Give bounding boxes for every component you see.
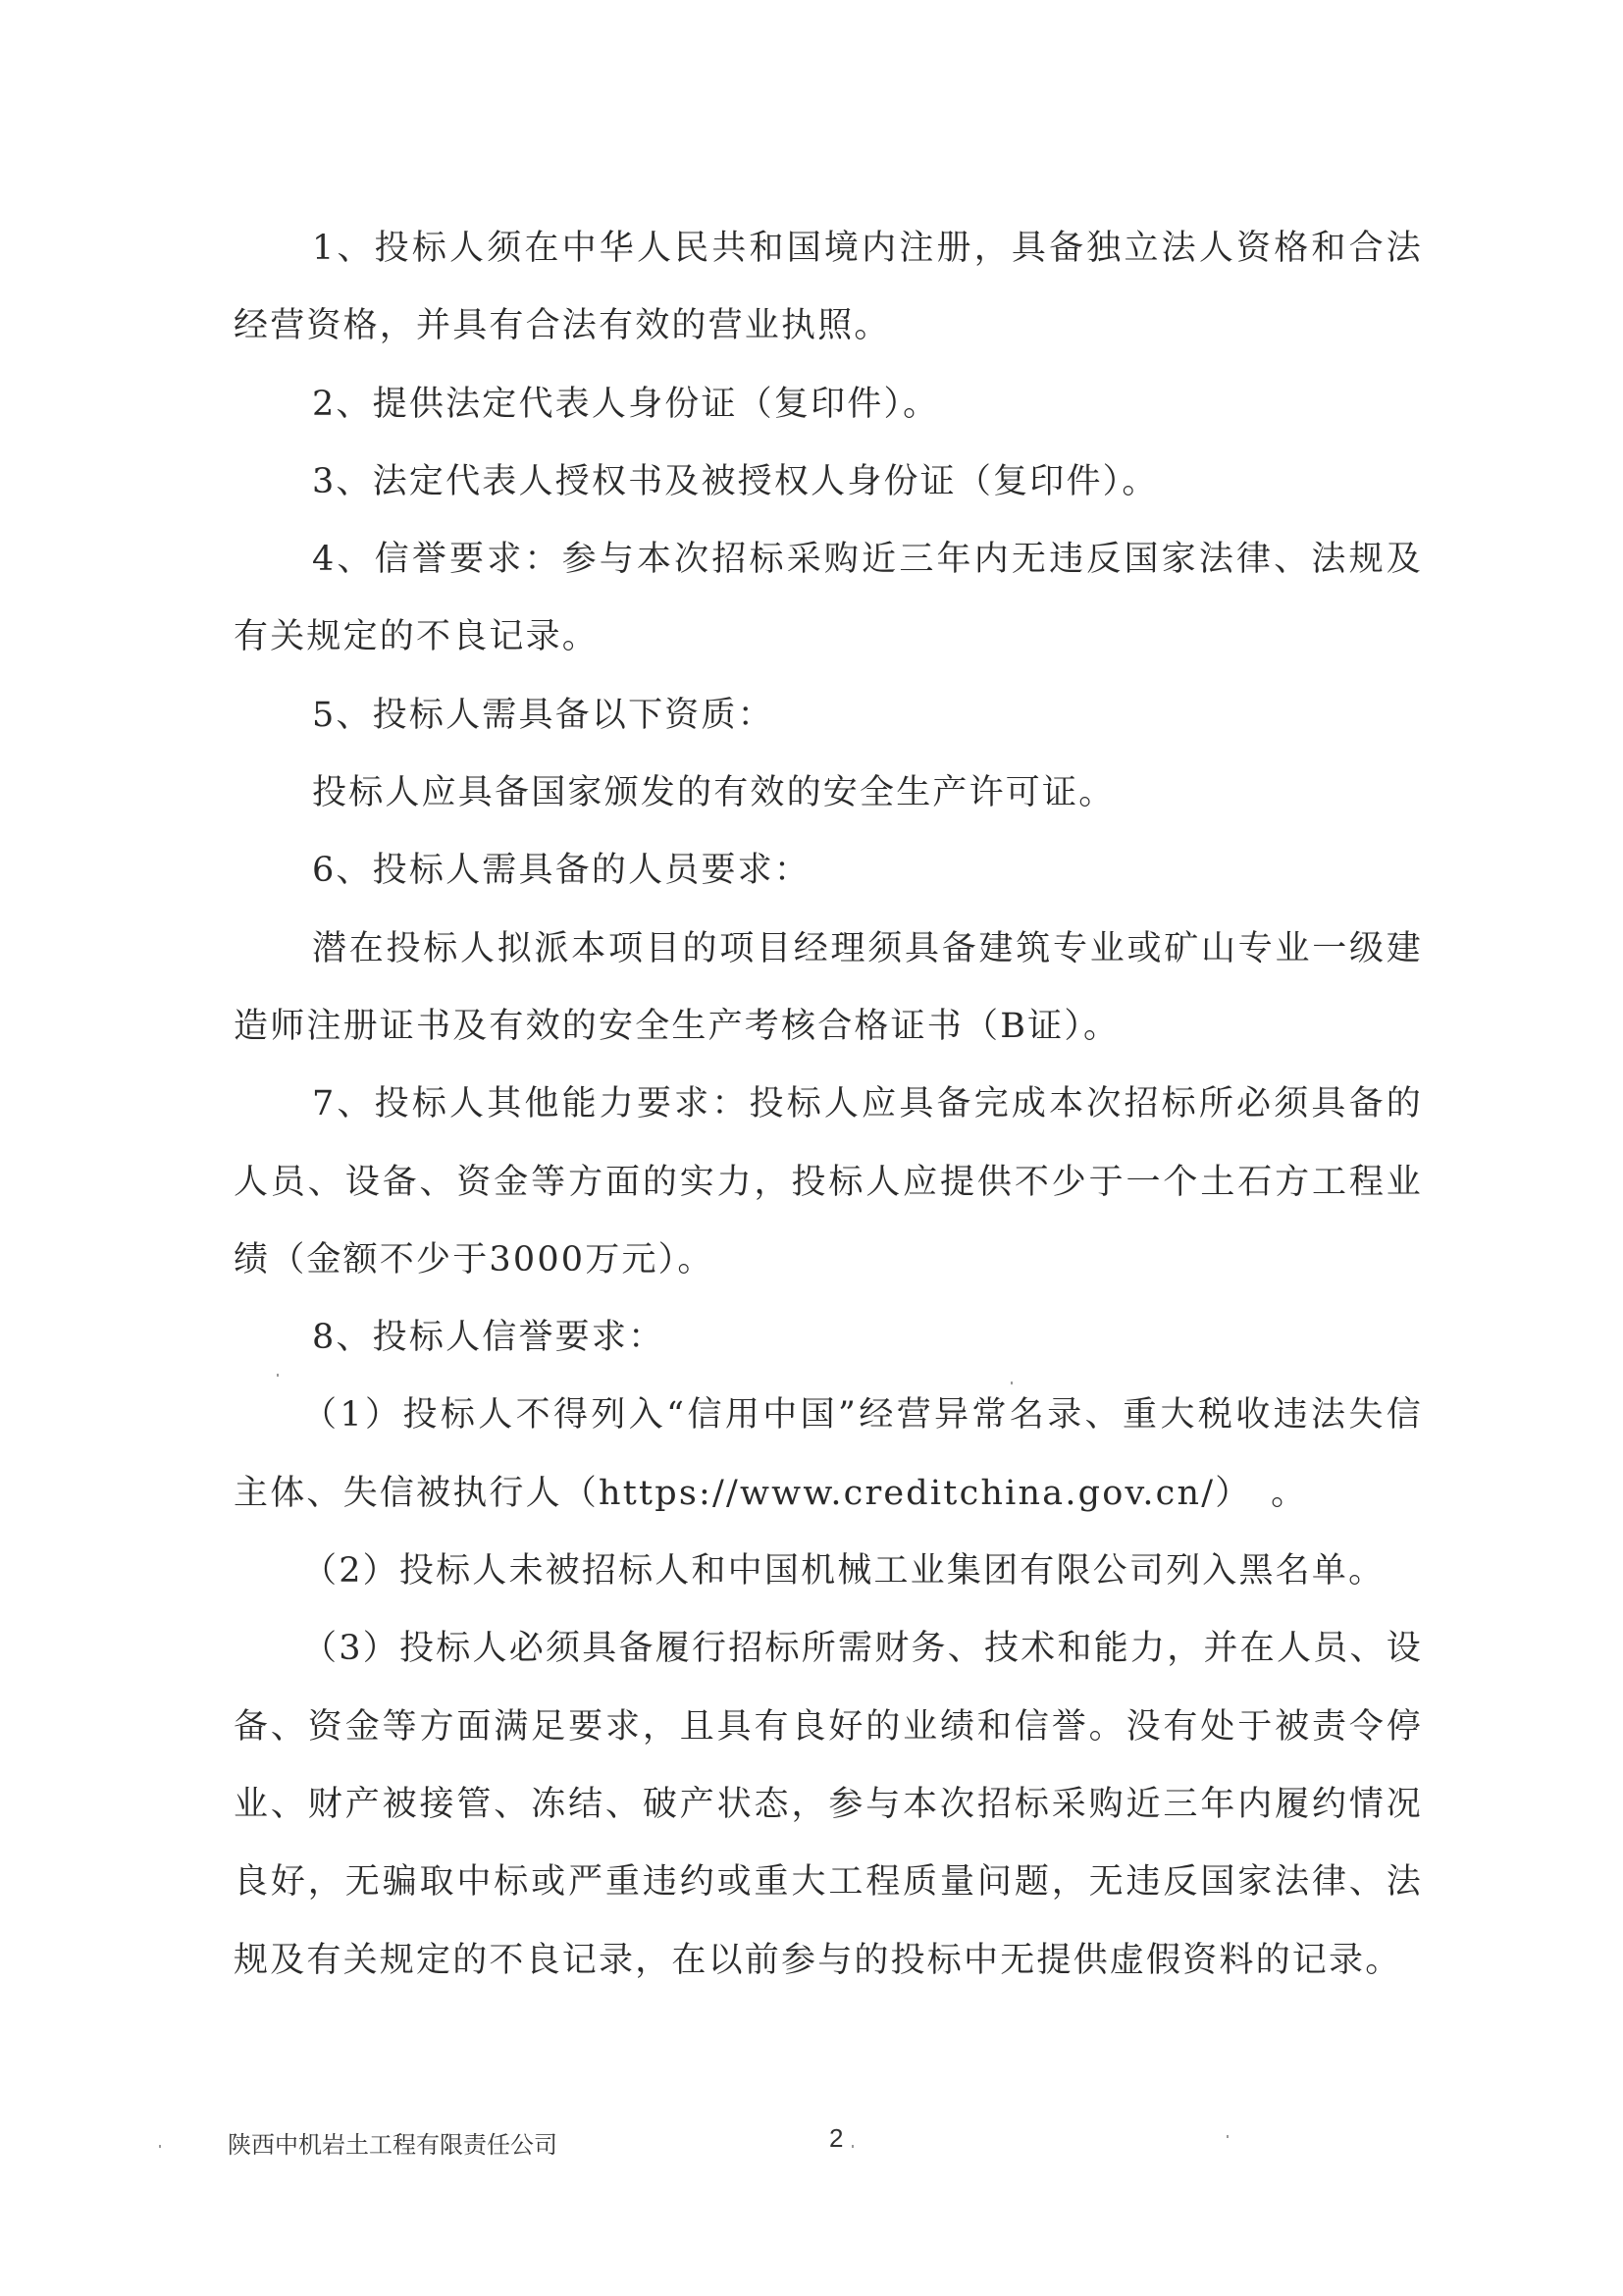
footer-page-number: 2: [829, 2123, 843, 2154]
paragraph-requirement-5: 5、投标人需具备以下资质：: [234, 677, 1423, 755]
document-body: 1、投标人须在中华人民共和国境内注册，具备独立法人资格和合法经营资格，并具有合法…: [234, 210, 1423, 2000]
scan-speck: [1227, 2135, 1229, 2138]
scan-speck: [159, 2145, 161, 2148]
paragraph-requirement-6: 6、投标人需具备的人员要求：: [234, 832, 1423, 910]
footer-company-name: 陕西中机岩土工程有限责任公司: [228, 2125, 557, 2160]
paragraph-requirement-7: 7、投标人其他能力要求：投标人应具备完成本次招标所必须具备的人员、设备、资金等方…: [234, 1066, 1423, 1299]
paragraph-requirement-8-item-1: （1）投标人不得列入“信用中国”经营异常名录、重大税收违法失信主体、失信被执行人…: [234, 1377, 1423, 1533]
paragraph-requirement-8-item-3: （3）投标人必须具备履行招标所需财务、技术和能力，并在人员、设备、资金等方面满足…: [234, 1610, 1423, 1999]
document-page: 1、投标人须在中华人民共和国境内注册，具备独立法人资格和合法经营资格，并具有合法…: [0, 0, 1623, 2296]
scan-speck: [1011, 1382, 1013, 1384]
paragraph-requirement-4: 4、信誉要求：参与本次招标采购近三年内无违反国家法律、法规及有关规定的不良记录。: [234, 521, 1423, 677]
scan-speck: [277, 1374, 279, 1377]
paragraph-requirement-8-item-2: （2）投标人未被招标人和中国机械工业集团有限公司列入黑名单。: [234, 1533, 1423, 1610]
paragraph-requirement-2: 2、提供法定代表人身份证（复印件）。: [234, 366, 1423, 444]
paragraph-requirement-6-detail: 潜在投标人拟派本项目的项目经理须具备建筑专业或矿山专业一级建造师注册证书及有效的…: [234, 911, 1423, 1067]
paragraph-requirement-5-detail: 投标人应具备国家颁发的有效的安全生产许可证。: [234, 755, 1423, 832]
scan-speck: [852, 2145, 854, 2148]
paragraph-requirement-8: 8、投标人信誉要求：: [234, 1299, 1423, 1377]
paragraph-requirement-1: 1、投标人须在中华人民共和国境内注册，具备独立法人资格和合法经营资格，并具有合法…: [234, 210, 1423, 366]
paragraph-requirement-3: 3、法定代表人授权书及被授权人身份证（复印件）。: [234, 444, 1423, 521]
